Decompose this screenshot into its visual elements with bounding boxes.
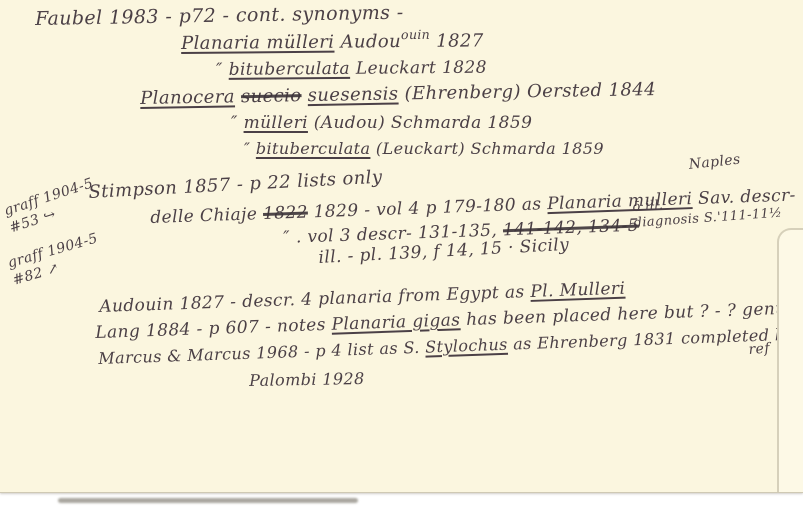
year-text: 1827 bbox=[430, 30, 484, 51]
citation-text: Faubel 1983 - p72 - cont. synonyms - bbox=[35, 2, 404, 30]
scan-shadow-strip bbox=[58, 498, 358, 503]
place-note: Naples bbox=[688, 152, 741, 173]
ref-note: ref bbox=[748, 341, 770, 358]
line-palombi: Palombi 1928 bbox=[249, 369, 365, 390]
line-bituberculata-schmarda: ″ bituberculata (Leuckart) Schmarda 1859 bbox=[244, 139, 604, 158]
species-name: bituberculata bbox=[256, 139, 371, 158]
line-faubel-synonyms: Faubel 1983 - p72 - cont. synonyms - bbox=[35, 2, 404, 30]
ditto-mark: ″ bbox=[216, 60, 229, 80]
citation-text: Leuckart 1828 bbox=[350, 58, 487, 79]
species-name: Pl. Mulleri bbox=[530, 279, 626, 302]
line-bituberculata-leuckart: ″ bituberculata Leuckart 1828 bbox=[216, 58, 487, 80]
species-name: suesensis bbox=[307, 83, 398, 106]
line-stimpson: Stimpson 1857 - p 22 lists only bbox=[88, 167, 383, 203]
species-name: mülleri bbox=[244, 113, 308, 133]
struck-year: 1822 bbox=[263, 202, 309, 224]
citation-text: Palombi 1928 bbox=[249, 369, 365, 390]
species-name: Stylochus bbox=[425, 335, 508, 357]
struck-word: suecio bbox=[241, 85, 302, 107]
genus-name: Planocera bbox=[140, 86, 235, 109]
underlying-card-corner bbox=[777, 228, 803, 492]
ref-annotation: ref bbox=[748, 341, 770, 358]
species-name: Planaria mülleri bbox=[181, 32, 335, 54]
naples-annotation: Naples bbox=[688, 152, 741, 173]
left-margin-graff-82: graff 1904-5 #82 ↗ bbox=[6, 230, 105, 289]
citation-text: (Leuckart) Schmarda 1859 bbox=[370, 139, 604, 158]
scanned-index-card-page: Faubel 1983 - p72 - cont. synonyms - Pla… bbox=[0, 0, 803, 506]
citation-text: delle Chiaje bbox=[150, 204, 263, 228]
line-planocera-suesensis: Planocera suecio suesensis (Ehrenberg) O… bbox=[140, 79, 656, 109]
index-card: Faubel 1983 - p72 - cont. synonyms - Pla… bbox=[0, 0, 803, 492]
citation-text: (Audou) Schmarda 1859 bbox=[308, 113, 532, 133]
citation-text: 1829 - vol 4 p 179-180 as bbox=[308, 194, 548, 222]
citation-text: (Ehrenberg) Oersted 1844 bbox=[398, 79, 656, 104]
ditto-mark: ″ bbox=[231, 113, 244, 133]
superscript-correction: ouin bbox=[401, 27, 430, 42]
citation-text: Marcus & Marcus 1968 - p 4 list as S. bbox=[98, 338, 426, 368]
citation-text: Stimpson 1857 - p 22 lists only bbox=[88, 167, 383, 203]
ditto-mark: ″ bbox=[244, 139, 256, 158]
line-planaria-mulleri-audouin: Planaria mülleri Audououin 1827 bbox=[181, 30, 484, 54]
left-margin-graff-53: graff 1904-5 #53 ↪ bbox=[2, 175, 101, 237]
species-name: Planaria gigas bbox=[331, 310, 460, 334]
species-name: bituberculata bbox=[229, 59, 351, 80]
line-mulleri-schmarda: ″ mülleri (Audou) Schmarda 1859 bbox=[231, 113, 532, 133]
author-text: Audou bbox=[334, 31, 401, 53]
citation-text: Lang 1884 - p 607 - notes bbox=[95, 315, 332, 343]
